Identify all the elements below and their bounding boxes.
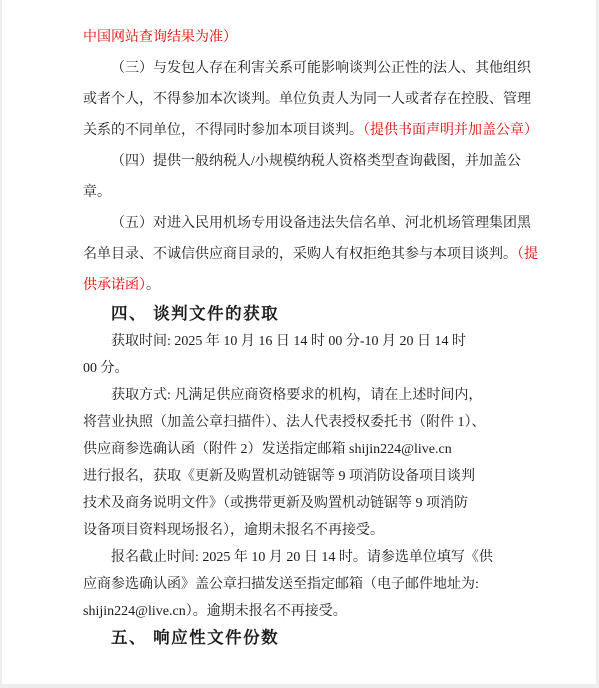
- document-body: 中国网站查询结果为准）（三）与发包人存在利害关系可能影响谈判公正性的法人、其他组…: [83, 22, 533, 652]
- body-text: 获取时间: 2025 年 10 月 16 日 14 时 00 分-10 月 20…: [111, 334, 466, 349]
- document-line: 名单目录、不诚信供应商目录的，采购人有权拒绝其参与本项目谈判。（提: [83, 239, 533, 270]
- body-text: 关系的不同单位，不得同时参加本项目谈判。: [83, 123, 363, 138]
- body-text: （四）提供一般纳税人/小规模纳税人资格类型查询截图，并加盖公: [111, 154, 521, 169]
- document-line: （四）提供一般纳税人/小规模纳税人资格类型查询截图，并加盖公: [83, 146, 533, 177]
- document-line: （五）对进入民用机场专用设备违法失信名单、河北机场管理集团黑: [83, 208, 533, 239]
- document-line: 关系的不同单位，不得同时参加本项目谈判。（提供书面声明并加盖公章）: [83, 115, 533, 146]
- body-text: shijin224@live.cn）。逾期未报名不再接受。: [83, 604, 347, 619]
- document-line: 供承诺函）。: [83, 270, 533, 301]
- document-page: 中国网站查询结果为准）（三）与发包人存在利害关系可能影响谈判公正性的法人、其他组…: [0, 0, 599, 688]
- document-line: 获取方式: 凡满足供应商资格要求的机构，请在上述时间内，: [83, 382, 533, 409]
- body-text: 获取方式: 凡满足供应商资格要求的机构，请在上述时间内，: [111, 388, 482, 403]
- body-text: 将营业执照（加盖公章扫描件）、法人代表授权委托书（附件 1）、: [83, 415, 486, 430]
- page-edge-left: [0, 0, 2, 688]
- document-line: 报名截止时间: 2025 年 10 月 20 日 14 时。请参选单位填写《供: [83, 544, 533, 571]
- body-text: （五）对进入民用机场专用设备违法失信名单、河北机场管理集团黑: [111, 216, 531, 231]
- document-line: （三）与发包人存在利害关系可能影响谈判公正性的法人、其他组织: [83, 53, 533, 84]
- document-line: 设备项目资料现场报名），逾期未报名不再接受。: [83, 517, 533, 544]
- body-text: 技术及商务说明文件》（或携带更新及购置机动链锯等 9 项消防: [83, 496, 468, 511]
- body-text: 设备项目资料现场报名），逾期未报名不再接受。: [83, 523, 384, 538]
- document-line: 应商参选确认函》盖公章扫描发送至指定邮箱（电子邮件地址为:: [83, 571, 533, 598]
- red-emphasis-text: 中国网站查询结果为准）: [83, 30, 237, 45]
- red-emphasis-text: 供承诺函）: [83, 278, 146, 293]
- document-line: 章。: [83, 177, 533, 208]
- page-edge-bottom: [0, 684, 599, 688]
- body-text: 章。: [83, 185, 111, 200]
- body-text: 。: [146, 278, 160, 293]
- body-text: （三）与发包人存在利害关系可能影响谈判公正性的法人、其他组织: [111, 61, 531, 76]
- red-emphasis-text: （提: [517, 247, 538, 262]
- body-text: 名单目录、不诚信供应商目录的，采购人有权拒绝其参与本项目谈判。: [83, 247, 517, 262]
- document-line: 中国网站查询结果为准）: [83, 22, 533, 53]
- document-line: 获取时间: 2025 年 10 月 16 日 14 时 00 分-10 月 20…: [83, 328, 533, 355]
- body-text: 五、 响应性文件份数: [111, 629, 279, 647]
- section-heading: 五、 响应性文件份数: [83, 625, 533, 652]
- body-text: 报名截止时间: 2025 年 10 月 20 日 14 时。请参选单位填写《供: [111, 550, 493, 565]
- body-text: 四、 谈判文件的获取: [111, 305, 279, 323]
- document-line: 将营业执照（加盖公章扫描件）、法人代表授权委托书（附件 1）、: [83, 409, 533, 436]
- section-heading: 四、 谈判文件的获取: [83, 301, 533, 328]
- document-line: 供应商参选确认函（附件 2）发送指定邮箱 shijin224@live.cn: [83, 436, 533, 463]
- section-document-acquisition: 四、 谈判文件的获取获取时间: 2025 年 10 月 16 日 14 时 00…: [83, 301, 533, 652]
- document-line: 技术及商务说明文件》（或携带更新及购置机动链锯等 9 项消防: [83, 490, 533, 517]
- body-text: 进行报名，获取《更新及购置机动链锯等 9 项消防设备项目谈判: [83, 469, 475, 484]
- document-line: 00 分。: [83, 355, 533, 382]
- body-text: 00 分。: [83, 361, 129, 376]
- body-text: 应商参选确认函》盖公章扫描发送至指定邮箱（电子邮件地址为:: [83, 577, 479, 592]
- document-line: shijin224@live.cn）。逾期未报名不再接受。: [83, 598, 533, 625]
- section-qualification-clauses: 中国网站查询结果为准）（三）与发包人存在利害关系可能影响谈判公正性的法人、其他组…: [83, 22, 533, 301]
- document-line: 或者个人，不得参加本次谈判。单位负责人为同一人或者存在控股、管理: [83, 84, 533, 115]
- body-text: 或者个人，不得参加本次谈判。单位负责人为同一人或者存在控股、管理: [83, 92, 531, 107]
- red-emphasis-text: （提供书面声明并加盖公章）: [363, 123, 538, 138]
- body-text: 供应商参选确认函（附件 2）发送指定邮箱 shijin224@live.cn: [83, 442, 452, 457]
- document-line: 进行报名，获取《更新及购置机动链锯等 9 项消防设备项目谈判: [83, 463, 533, 490]
